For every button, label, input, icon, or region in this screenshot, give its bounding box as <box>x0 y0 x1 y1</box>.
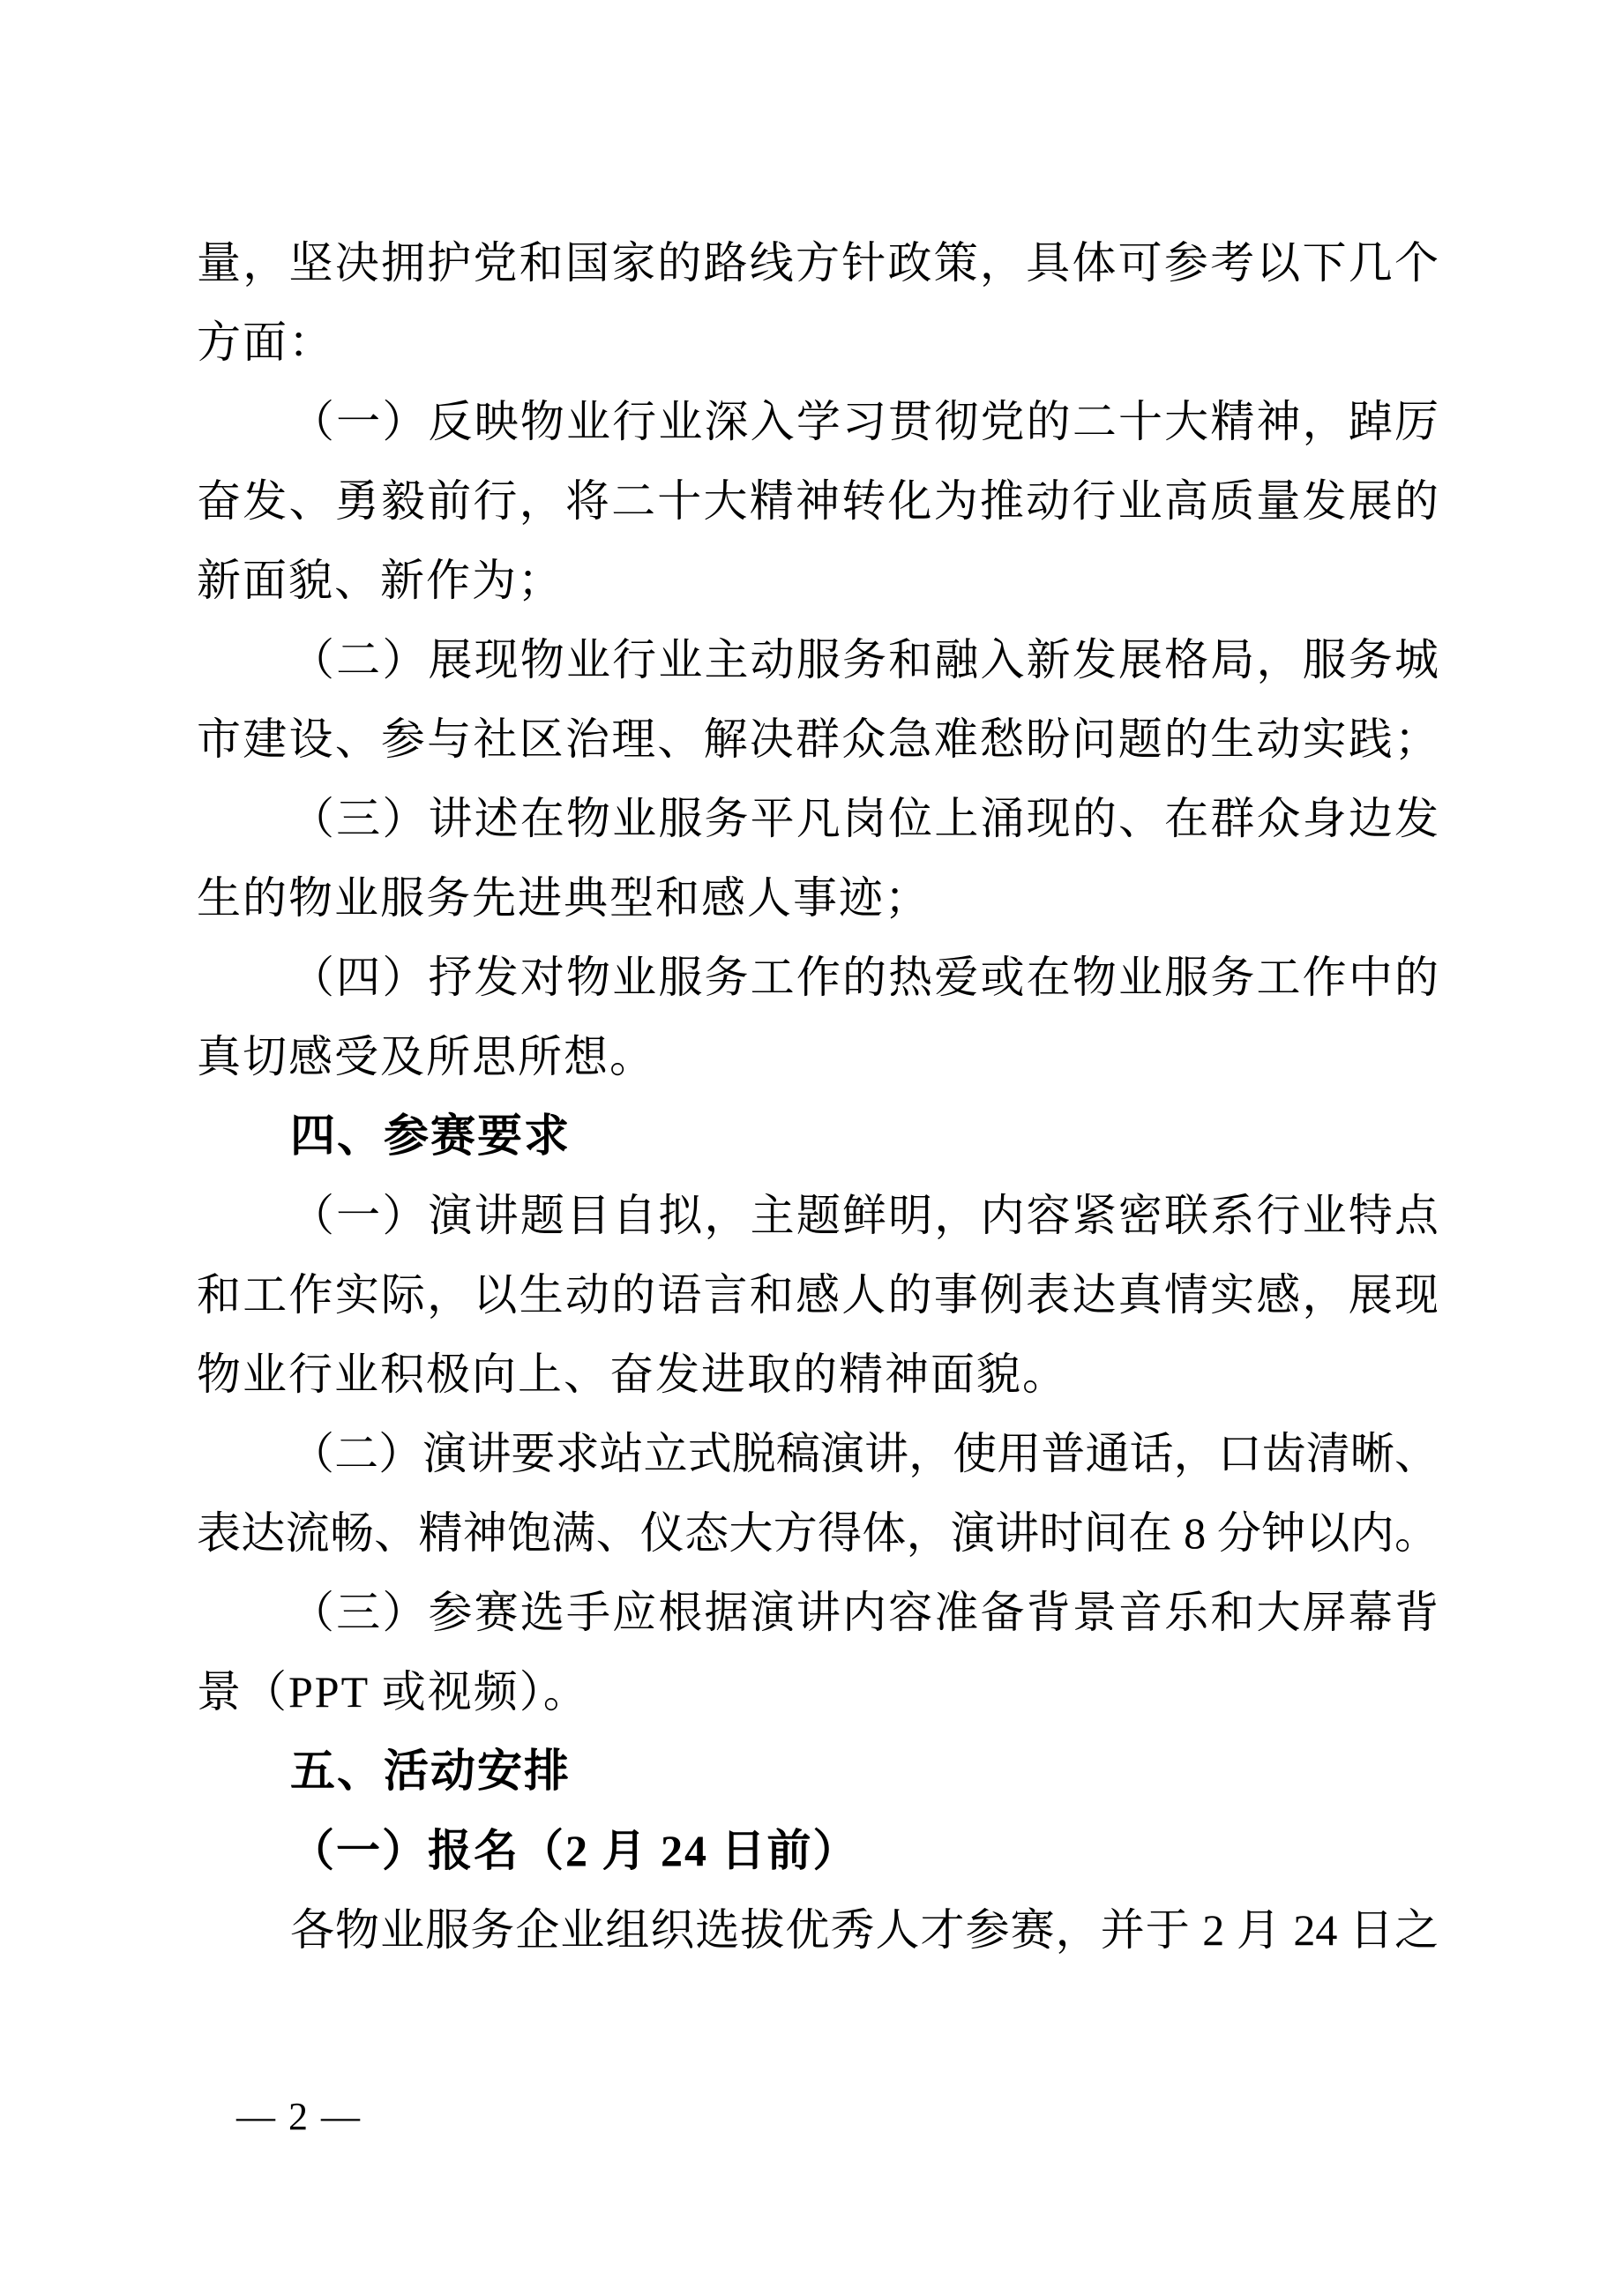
body-line: （四）抒发对物业服务工作的热爱或在物业服务工作中的 <box>197 938 1439 1017</box>
body-line: （一）演讲题目自拟，主题鲜明，内容紧密联系行业特点 <box>197 1176 1439 1255</box>
page-number: — 2 — <box>236 2094 362 2140</box>
body-line: （二）展现物业行业主动服务和融入新发展格局，服务城 <box>197 620 1439 699</box>
body-line: （一）报名（2 月 24 日前） <box>197 1811 1439 1890</box>
body-line: （二）演讲要求站立式脱稿演讲，使用普通话，口齿清晰、 <box>197 1414 1439 1493</box>
body-line: 物业行业积极向上、奋发进取的精神面貌。 <box>197 1335 1439 1414</box>
body-line: 奋发、勇毅前行，将二十大精神转化为推动行业高质量发展的 <box>197 461 1439 541</box>
body-line: 量，坚决拥护党和国家的路线方针政策，具体可参考以下几个 <box>197 223 1439 303</box>
body-line: 方面： <box>197 303 1439 382</box>
body-line: 新面貌、新作为； <box>197 541 1439 620</box>
section-heading: 四、参赛要求 <box>197 1096 1439 1176</box>
body-line: 景（PPT 或视频）。 <box>197 1652 1439 1731</box>
text-content: 量，坚决拥护党和国家的路线方针政策，具体可参考以下几个 方面： （一）反映物业行… <box>197 223 1439 1970</box>
body-line: 各物业服务企业组织选拔优秀人才参赛，并于 2 月 24 日之 <box>197 1890 1439 1970</box>
body-line: 生的物业服务先进典型和感人事迹； <box>197 858 1439 938</box>
section-heading: 五、活动安排 <box>197 1731 1439 1811</box>
body-line: （三）讲述在物业服务平凡岗位上涌现的、在群众身边发 <box>197 779 1439 858</box>
body-line: （一）反映物业行业深入学习贯彻党的二十大精神，踔厉 <box>197 382 1439 461</box>
body-line: 真切感受及所思所想。 <box>197 1017 1439 1096</box>
body-line: 市建设、参与社区治理、解决群众急难愁盼问题的生动实践； <box>197 699 1439 779</box>
body-line: 表达流畅、精神饱满、仪态大方得体，演讲时间在 8 分钟以内。 <box>197 1493 1439 1573</box>
document-page: 量，坚决拥护党和国家的路线方针政策，具体可参考以下几个 方面： （一）反映物业行… <box>0 0 1622 2296</box>
body-line: 和工作实际，以生动的语言和感人的事例表达真情实感，展现 <box>197 1255 1439 1335</box>
body-line: （三）参赛选手应根据演讲内容准备背景音乐和大屏幕背 <box>197 1573 1439 1652</box>
